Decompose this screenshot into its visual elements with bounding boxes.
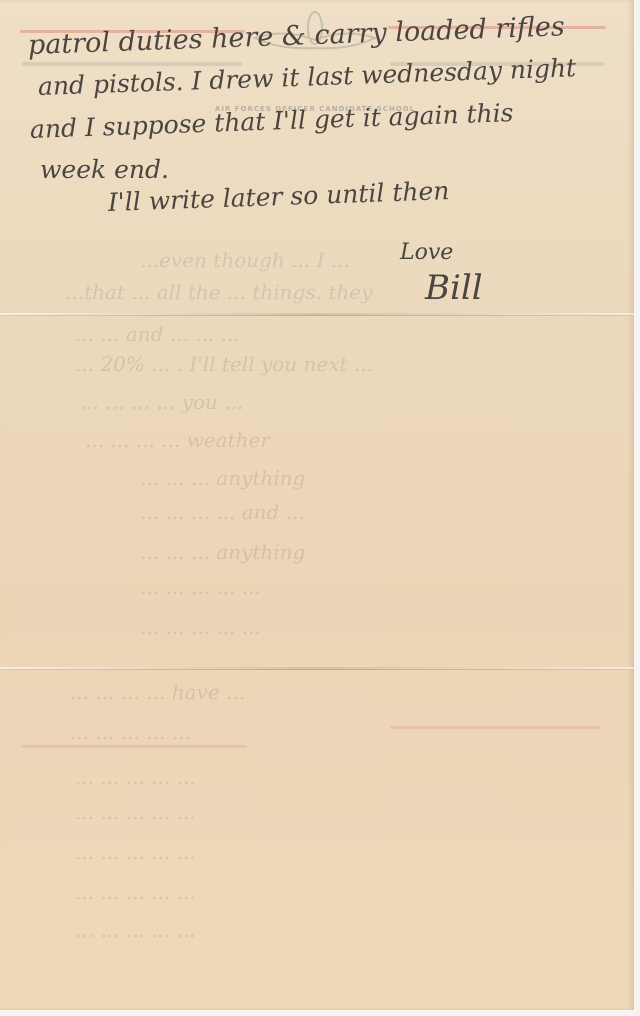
letter-page: AIR FORCES OFFICER CANDIDATE SCHOOL patr… [0,0,634,1010]
bleed-through-3: ... ... and ... ... ... [75,322,240,346]
faint-rule-lower-right [390,726,600,729]
bleed-through-14: ... ... ... ... ... [75,765,196,789]
fold-crease-upper [0,313,634,316]
scan-border-right [634,0,640,1016]
letter-signature: Bill [425,268,483,308]
bleed-through-10: ... ... ... ... ... [140,575,261,599]
bleed-through-6: ... ... ... ... weather [85,428,270,452]
faint-rule-lower-left [22,745,247,748]
bleed-through-15: ... ... ... ... ... [75,800,196,824]
bleed-through-9: ... ... ... anything [140,540,305,564]
bleed-through-5: ... ... ... ... you ... [80,390,243,414]
bleed-through-1: ...even though ... I ... [140,248,350,272]
letter-line-2: and pistols. I drew it last wednesday ni… [37,53,576,101]
fold-crease-lower [0,667,634,670]
scan-border-bottom [0,1010,640,1016]
letter-closing: Love [400,240,453,265]
bleed-through-16: ... ... ... ... ... [75,840,196,864]
bleed-through-13: ... ... ... ... ... [70,720,191,744]
bleed-through-4: ... 20% ... . I'll tell you next ... [75,352,373,376]
bleed-through-8: ... ... ... ... and ... [140,500,305,524]
letter-line-4: week end. [40,155,169,184]
bleed-through-2: ...that ... all the ... things. they [65,280,372,304]
bleed-through-12: ... ... ... ... have ... [70,680,245,704]
bleed-through-7: ... ... ... anything [140,466,305,490]
bleed-through-17: ... ... ... ... ... [75,880,196,904]
bleed-through-18: ... ... ... ... ... [75,918,196,942]
bleed-through-11: ... ... ... ... ... [140,615,261,639]
